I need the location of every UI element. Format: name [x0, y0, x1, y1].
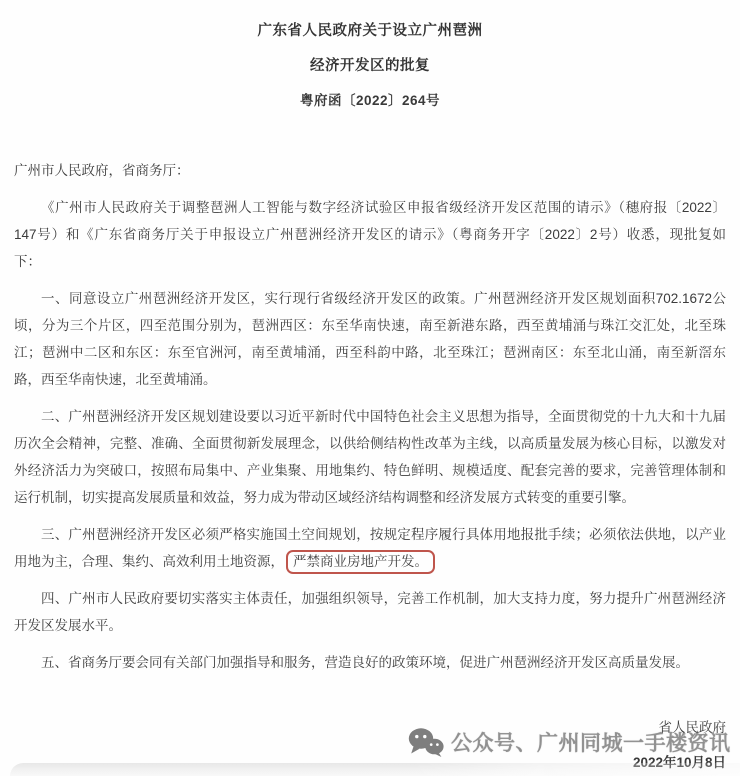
- document-paragraph: 五、省商务厅要会同有关部门加强指导和服务，营造良好的政策环境，促进广州琶洲经济开…: [14, 649, 726, 676]
- document-body: 广州市人民政府，省商务厅：《广州市人民政府关于调整琶洲人工智能与数字经济试验区申…: [0, 157, 740, 676]
- document-title-line2: 经济开发区的批复: [0, 56, 740, 76]
- document-line: 广州市人民政府，省商务厅：: [14, 157, 726, 184]
- next-card-top-edge: [10, 763, 740, 776]
- document-line: 下：: [14, 248, 726, 275]
- wechat-icon: [408, 727, 444, 757]
- document-line: 五、省商务厅要会同有关部门加强指导和服务，营造良好的政策环境，促进广州琶洲经济开…: [14, 649, 726, 676]
- document-line: 《广州市人民政府关于调整琶洲人工智能与数字经济试验区申报省级经济开发区范围的请示…: [14, 194, 726, 221]
- document-line: 一、同意设立广州琶洲经济开发区，实行现行省级经济开发区的政策。广州琶洲经济开发区…: [14, 285, 726, 312]
- document-paragraph: 四、广州市人民政府要切实落实主体责任，加强组织领导，完善工作机制，加大支持力度，…: [14, 585, 726, 639]
- document-line: 147号）和《广东省商务厅关于申报设立广州琶洲经济开发区的请示》（粤商务开字〔2…: [14, 221, 726, 248]
- document-line: 顷，分为三个片区，四至范围分别为，琶洲西区：东至华南快速，南至新港东路，西至黄埔…: [14, 312, 726, 339]
- document-paragraph: 广州市人民政府，省商务厅：: [14, 157, 726, 184]
- document-line: 用地为主，合理、集约、高效利用土地资源，严禁商业房地产开发。: [14, 548, 726, 575]
- document-paragraph: 一、同意设立广州琶洲经济开发区，实行现行省级经济开发区的政策。广州琶洲经济开发区…: [14, 285, 726, 393]
- document-line: 历次全会精神，完整、准确、全面贯彻新发展理念，以供给侧结构性改革为主线，以高质量…: [14, 430, 726, 457]
- document-line: 外经济活力为突破口，按照布局集中、产业集聚、用地集约、特色鲜明、规模适度、配套完…: [14, 457, 726, 484]
- highlight-box: 严禁商业房地产开发。: [286, 550, 435, 574]
- document-paragraph: 二、广州琶洲经济开发区规划建设要以习近平新时代中国特色社会主义思想为指导，全面贯…: [14, 403, 726, 511]
- document-line: 二、广州琶洲经济开发区规划建设要以习近平新时代中国特色社会主义思想为指导，全面贯…: [14, 403, 726, 430]
- document-paragraph: 三、广州琶洲经济开发区必须严格实施国土空间规划，按规定程序履行具体用地报批手续；…: [14, 521, 726, 575]
- document-number: 粤府函〔2022〕264号: [0, 91, 740, 111]
- signature-issuer: 省人民政府: [659, 719, 727, 737]
- document-line: 开发区发展水平。: [14, 612, 726, 639]
- document-line: 江；琶洲中二区和东区：东至官洲河，南至黄埔涌，西至科韵中路，北至珠江；琶洲南区：…: [14, 339, 726, 366]
- document-title-line1: 广东省人民政府关于设立广州琶洲: [0, 0, 740, 41]
- document-line: 路，西至华南快速，北至黄埔涌。: [14, 366, 726, 393]
- document-line: 三、广州琶洲经济开发区必须严格实施国土空间规划，按规定程序履行具体用地报批手续；…: [14, 521, 726, 548]
- document-line: 四、广州市人民政府要切实落实主体责任，加强组织领导，完善工作机制，加大支持力度，…: [14, 585, 726, 612]
- line-text: 用地为主，合理、集约、高效利用土地资源，: [14, 554, 284, 569]
- document-page: 广东省人民政府关于设立广州琶洲 经济开发区的批复 粤府函〔2022〕264号 广…: [0, 0, 740, 776]
- document-line: 运行机制，切实提高发展质量和效益，努力成为带动区域经济结构调整和经济发展方式转变…: [14, 484, 726, 511]
- document-paragraph: 《广州市人民政府关于调整琶洲人工智能与数字经济试验区申报省级经济开发区范围的请示…: [14, 194, 726, 275]
